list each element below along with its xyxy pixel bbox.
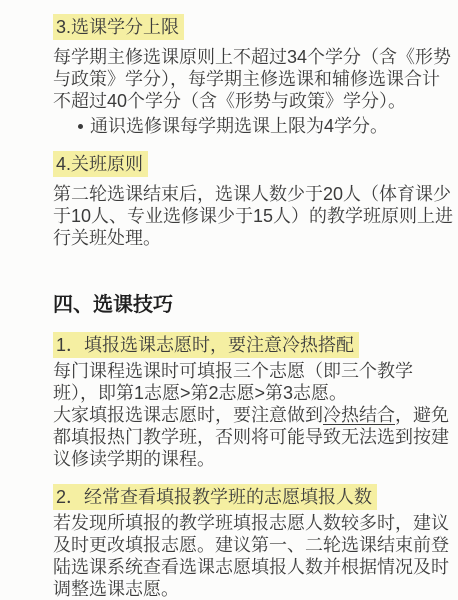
tip-2-heading: 2．经常查看填报教学班的志愿填报人数: [53, 485, 455, 510]
section-class-closing-heading: 4.关班原则: [53, 152, 455, 177]
bullet-dot-icon: [78, 124, 83, 129]
section-credit-limit-body: 每学期主修选课原则上不超过34个学分（含《形势与政策》学分），每学期主修选课和辅…: [53, 46, 455, 112]
section-credit-limit: 3.选课学分上限 每学期主修选课原则上不超过34个学分（含《形势与政策》学分），…: [53, 15, 455, 137]
tip-1-underlined-phrase: 冷热结合: [323, 405, 395, 425]
tip-2-body: 若发现所填报的教学班填报志愿人数较多时，建议及时更改填报志愿。建议第一、二轮选课…: [53, 512, 455, 600]
tip-2: 2．经常查看填报教学班的志愿填报人数 若发现所填报的教学班填报志愿人数较多时，建…: [53, 485, 455, 600]
tip-1-paragraph-1: 每门课程选课时可填报三个志愿（即三个教学班），即第1志愿>第2志愿>第3志愿。: [53, 360, 455, 404]
section-class-closing-body: 第二轮选课结束后，选课人数少于20人（体育课少于10人、专业选修课少于15人）的…: [53, 183, 455, 249]
tip-1: 1．填报选课志愿时，要注意冷热搭配 每门课程选课时可填报三个志愿（即三个教学班）…: [53, 333, 455, 470]
bullet-item-text: 通识选修课每学期选课上限为4学分。: [90, 115, 388, 137]
note-page: 3.选课学分上限 每学期主修选课原则上不超过34个学分（含《形势与政策》学分），…: [0, 0, 458, 600]
highlighted-heading-text: 3.选课学分上限: [53, 14, 184, 40]
part-heading-tips: 四、选课技巧: [53, 292, 455, 318]
highlighted-heading-text: 1．填报选课志愿时，要注意冷热搭配: [53, 332, 359, 358]
section-class-closing: 4.关班原则 第二轮选课结束后，选课人数少于20人（体育课少于10人、专业选修课…: [53, 152, 455, 249]
tip-1-heading: 1．填报选课志愿时，要注意冷热搭配: [53, 333, 455, 358]
tip-1-paragraph-2-pre: 大家填报选课志愿时，要注意做到: [53, 405, 323, 425]
note-content: 3.选课学分上限 每学期主修选课原则上不超过34个学分（含《形势与政策》学分），…: [53, 15, 455, 600]
tip-1-paragraph-2: 大家填报选课志愿时，要注意做到冷热结合，避免都填报热门教学班，否则将可能导致无法…: [53, 404, 455, 470]
section-credit-limit-heading: 3.选课学分上限: [53, 15, 455, 40]
bullet-item: 通识选修课每学期选课上限为4学分。: [53, 115, 455, 137]
highlighted-heading-text: 4.关班原则: [53, 151, 148, 177]
highlighted-heading-text: 2．经常查看填报教学班的志愿填报人数: [53, 484, 377, 510]
